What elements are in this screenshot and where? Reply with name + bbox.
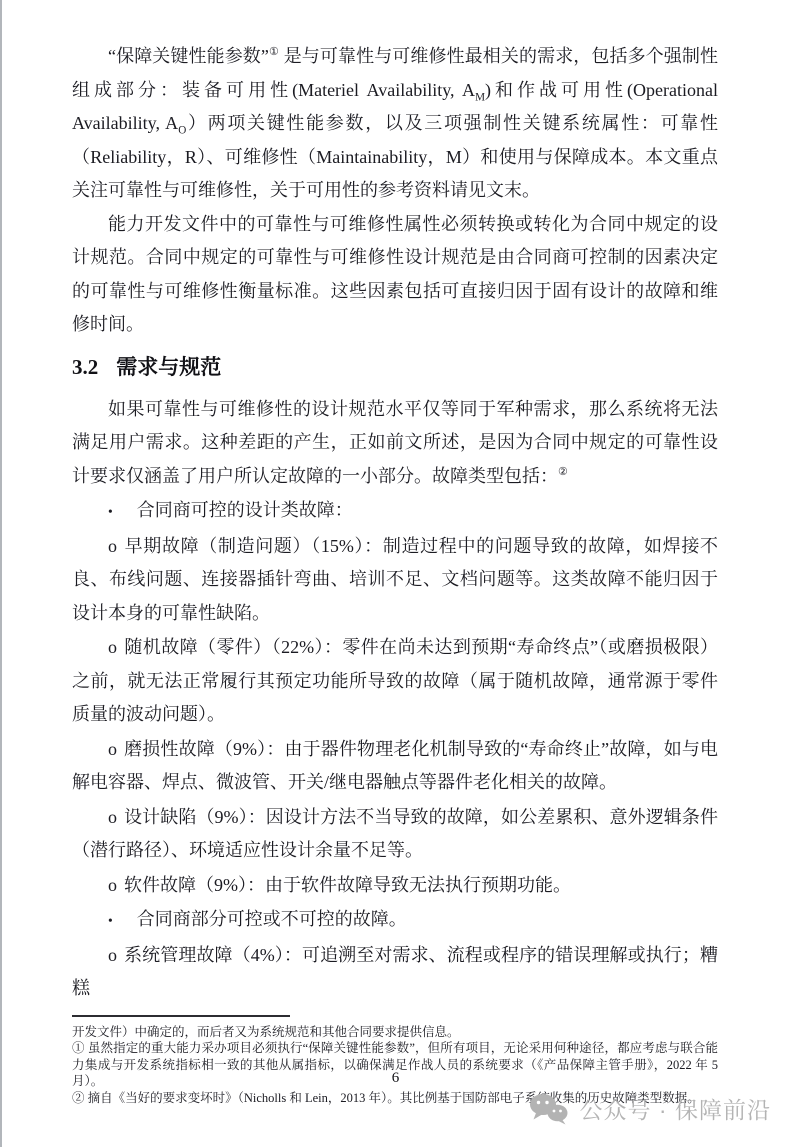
list-item: •合同商可控的设计类故障：	[72, 494, 718, 529]
paragraph-cdd-conversion: 能力开发文件中的可靠性与可维修性属性必须转换或转化为合同中规定的设计规范。合同中…	[72, 208, 718, 342]
list-item: o随机故障（零件）（22%）：零件在尚未达到预期“寿命终点”（或磨损极限）之前，…	[72, 631, 718, 732]
watermark: 公众号 · 保障前沿	[529, 1092, 771, 1125]
bullet-marker: o	[108, 739, 117, 759]
bullet-marker: o	[108, 807, 117, 827]
bullet-marker: •	[108, 504, 113, 519]
bullet-text: 系统管理故障（4%）：可追溯至对需求、流程或程序的错误理解或执行；糟糕	[72, 945, 718, 999]
list-item: o系统管理故障（4%）：可追溯至对需求、流程或程序的错误理解或执行；糟糕	[72, 939, 718, 1006]
bullet-text: 软件故障（9%）：由于软件故障导致无法执行预期功能。	[124, 875, 571, 895]
bullet-marker: o	[108, 875, 117, 895]
page-number: 6	[2, 1070, 789, 1087]
section-heading: 3.2需求与规范	[72, 352, 718, 383]
bullet-text: 磨损性故障（9%）：由于器件物理老化机制导致的“寿命终止”故障，如与电解电容器、…	[72, 739, 718, 793]
paragraph-requirements-gap: 如果可靠性与可维修性的设计规范水平仅等同于军种需求，那么系统将无法满足用户需求。…	[72, 393, 718, 494]
section-title: 需求与规范	[116, 356, 221, 379]
bullet-marker: o	[108, 945, 117, 965]
footnote-text: 开发文件）中确定的，而后者又为系统规范和其他合同要求提供信息。	[72, 1024, 718, 1041]
list-item: •合同商部分可控或不可控的故障。	[72, 903, 718, 938]
bullet-text: 早期故障（制造问题）（15%）：制造过程中的问题导致的故障，如焊接不良、布线问题…	[72, 536, 718, 623]
wechat-icon	[529, 1093, 569, 1125]
list-item: o磨损性故障（9%）：由于器件物理老化机制导致的“寿命终止”故障，如与电解电容器…	[72, 733, 718, 800]
list-item: o软件故障（9%）：由于软件故障导致无法执行预期功能。	[72, 869, 718, 903]
bullet-text: 随机故障（零件）（22%）：零件在尚未达到预期“寿命终点”（或磨损极限）之前，就…	[72, 637, 718, 724]
watermark-text: 公众号 · 保障前沿	[580, 1092, 771, 1125]
footnote-separator	[72, 1015, 290, 1017]
section-number: 3.2	[72, 355, 98, 379]
bullet-marker: •	[108, 913, 113, 928]
document-page: “保障关键性能参数”① 是与可靠性与可维修性最相关的需求，包括多个强制性组成部分…	[0, 0, 789, 1147]
page-content: “保障关键性能参数”① 是与可靠性与可维修性最相关的需求，包括多个强制性组成部分…	[72, 40, 718, 1106]
bullet-marker: o	[108, 536, 117, 556]
bullet-marker: o	[108, 637, 117, 657]
paragraph-kpp-intro: “保障关键性能参数”① 是与可靠性与可维修性最相关的需求，包括多个强制性组成部分…	[72, 40, 718, 208]
bullet-text: 合同商部分可控或不可控的故障。	[137, 909, 407, 929]
list-item: o早期故障（制造问题）（15%）：制造过程中的问题导致的故障，如焊接不良、布线问…	[72, 530, 718, 631]
list-item: o设计缺陷（9%）：因设计方法不当导致的故障，如公差累积、意外逻辑条件（潜行路径…	[72, 801, 718, 868]
bullet-text: 合同商可控的设计类故障：	[137, 500, 353, 520]
failure-type-list: •合同商可控的设计类故障： o早期故障（制造问题）（15%）：制造过程中的问题导…	[72, 494, 718, 1006]
bullet-text: 设计缺陷（9%）：因设计方法不当导致的故障，如公差累积、意外逻辑条件（潜行路径）…	[72, 807, 718, 861]
